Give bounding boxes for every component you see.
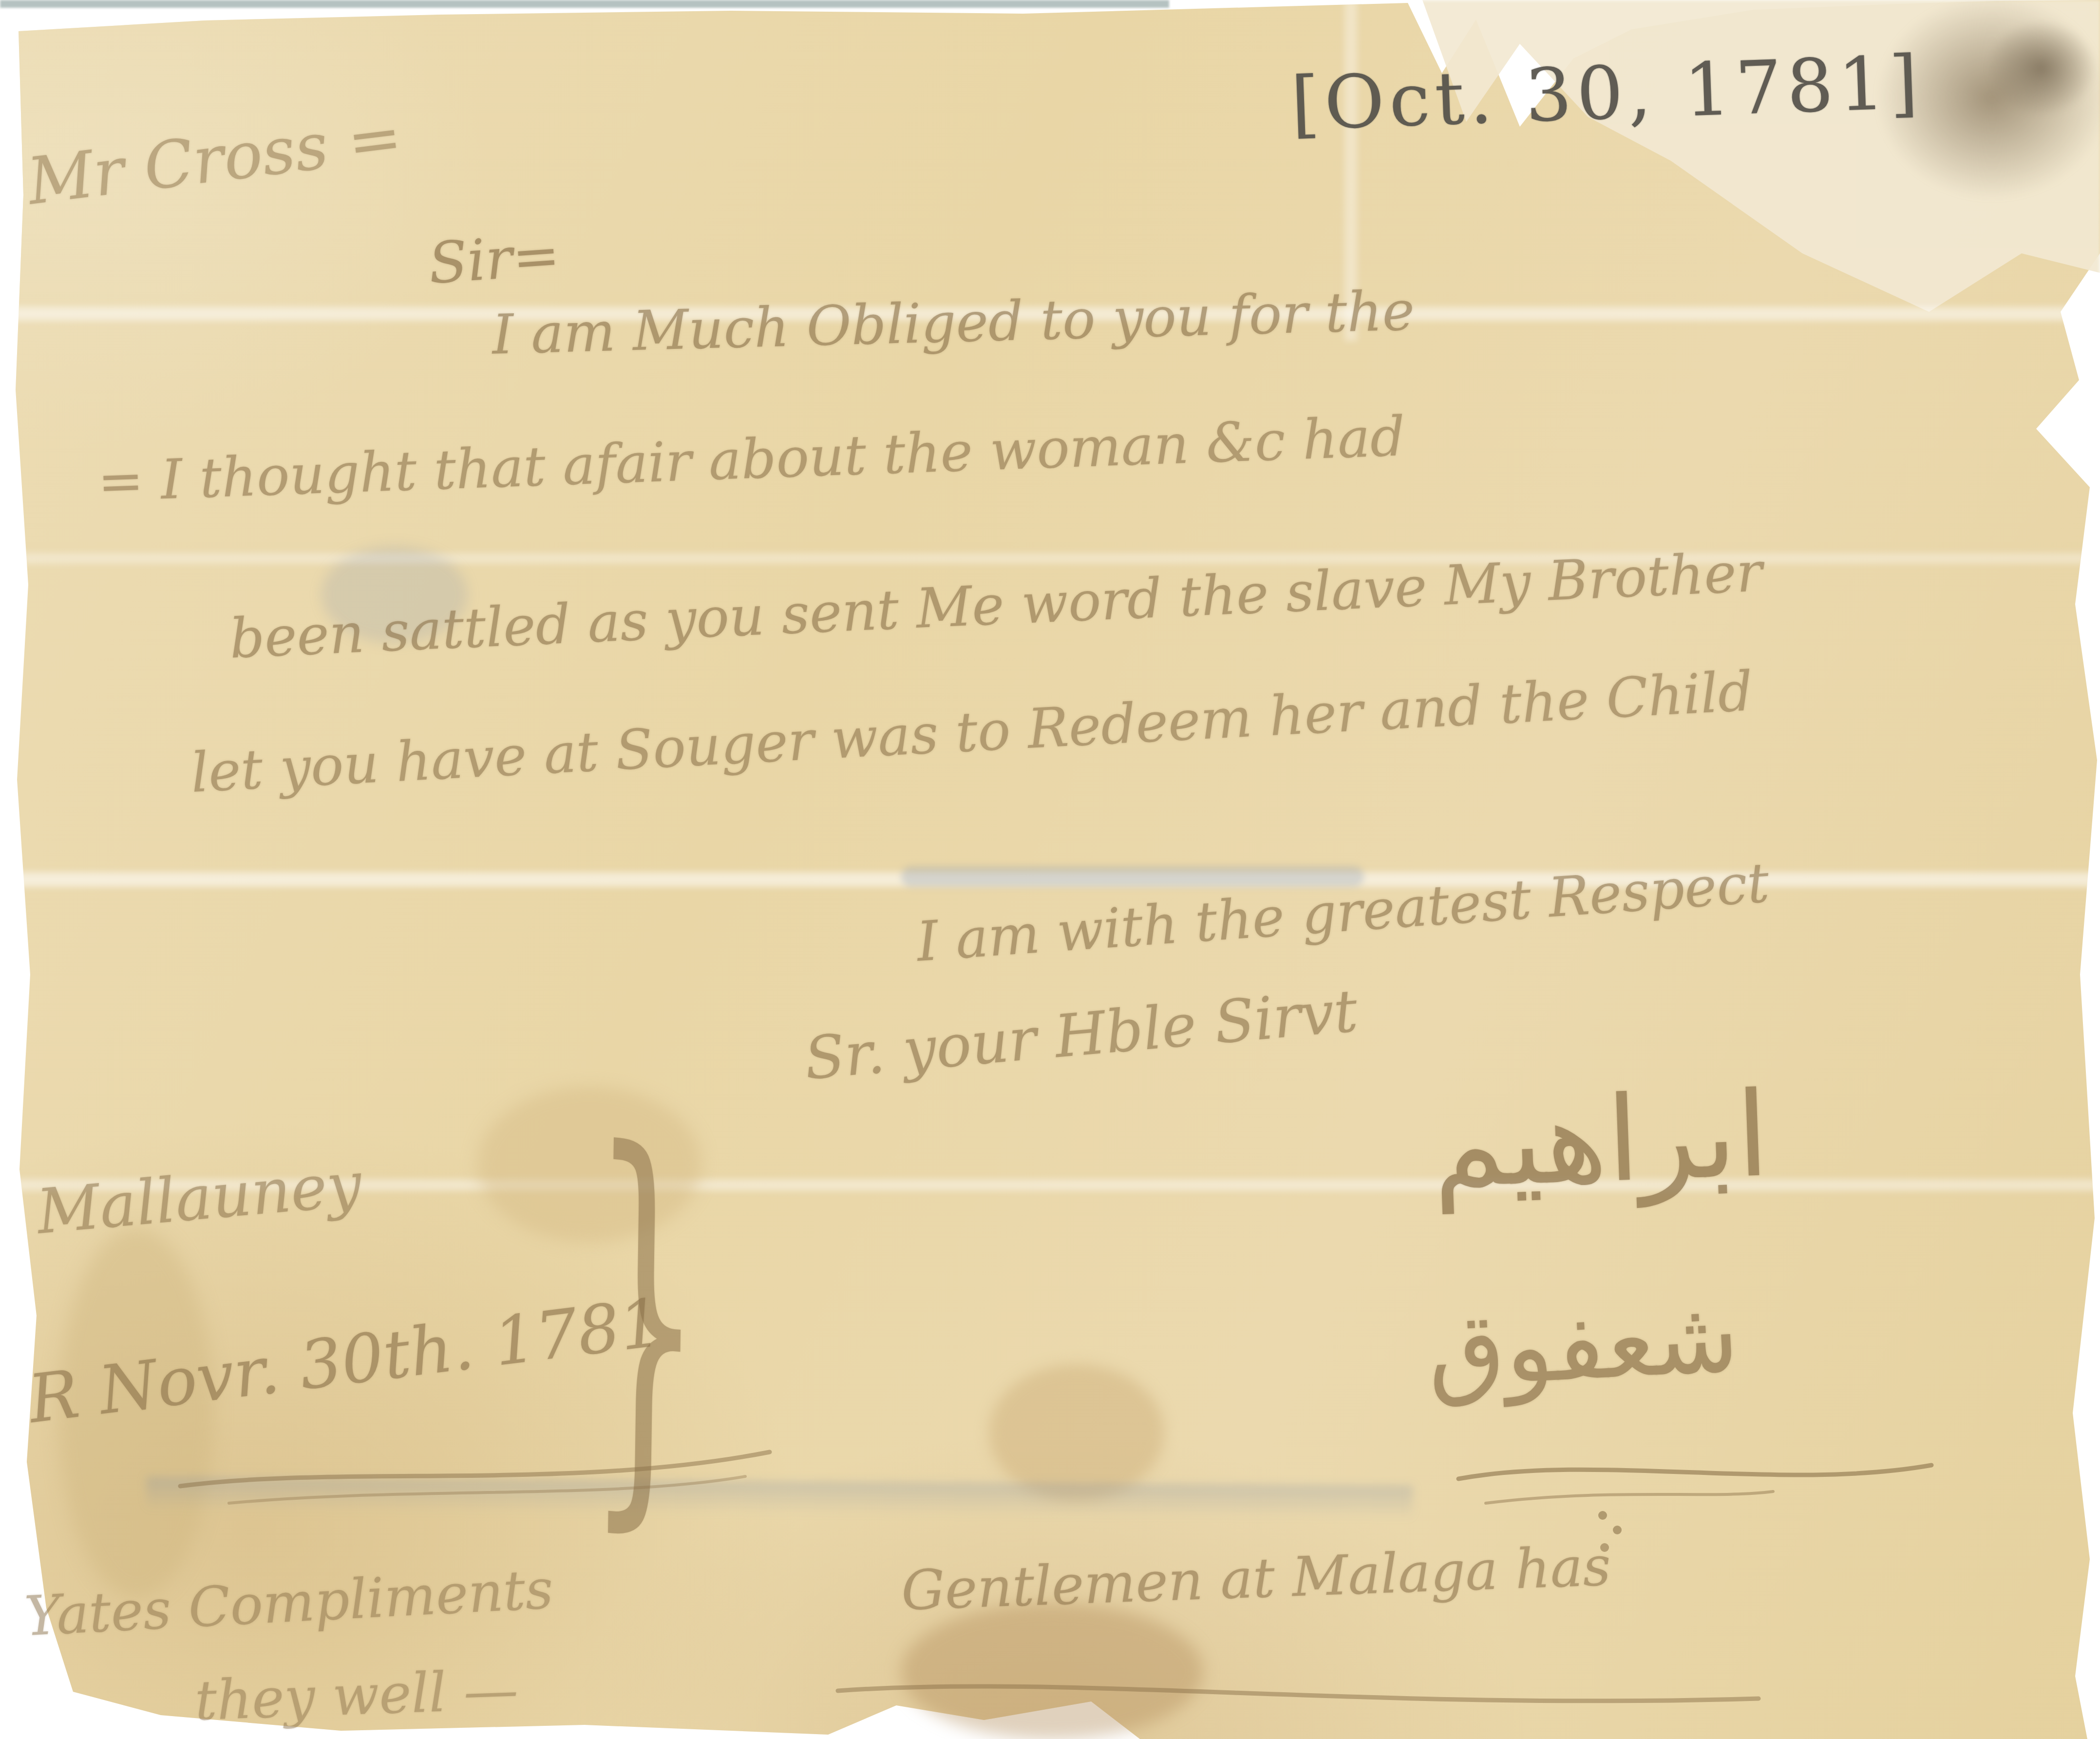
salutation: Sir= (427, 222, 562, 297)
postscript-line2: they well — (194, 1658, 519, 1733)
corner-stain-dark (1968, 5, 2100, 132)
letter-scan: [Oct. 30, 1781] Mr Cross = Sir= I am Muc… (0, 0, 2100, 1739)
paper-crease (0, 553, 2100, 564)
arabic-signature-line-2: شعفوق (1424, 1278, 1741, 1410)
blue-smudge (901, 866, 1364, 887)
date-underline-flourish (170, 1418, 779, 1510)
signature-underline-flourish (1452, 1445, 1939, 1532)
arabic-signature-line-1: ابراهيم (1430, 1066, 1771, 1214)
paper-stain (989, 1364, 1164, 1501)
scanner-edge-artifact (0, 0, 1169, 8)
bottom-flourish (828, 1652, 1778, 1735)
